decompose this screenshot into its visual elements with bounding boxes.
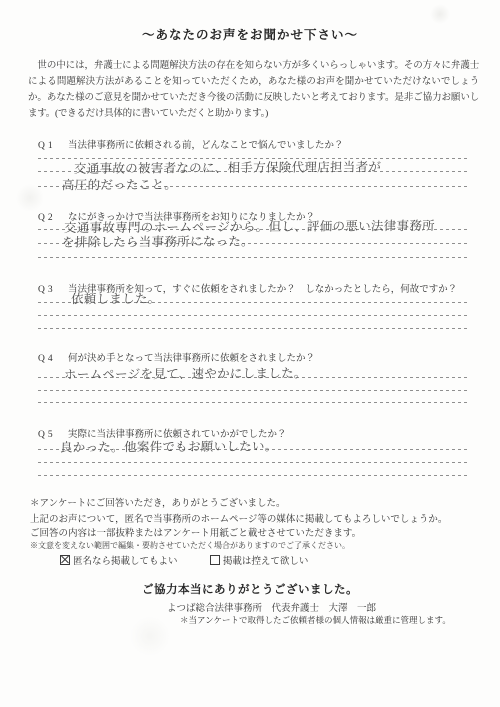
answer-dashed-line [38,390,468,391]
consent-option-deny: 掲載は控えて欲しい [210,553,309,567]
consent-option-allow: 匿名なら掲載してもよい [60,553,178,567]
consent-option-deny-label: 掲載は控えて欲しい [223,557,309,567]
answer-dashed-line [38,315,468,316]
answer-dashed-line [38,328,468,329]
consent-request: 上記のお声について，匿名で当事務所のホームページ等の媒体に掲載してもよろしいでし… [30,511,447,525]
question-1-text: 当法律事務所に依頼される前，どんなことで悩んでいましたか？ [68,141,344,151]
handwritten-answer-5-line-1: 良かった。他案件でもお願いしたい。 [60,436,278,455]
consent-thanks: ＊アンケートにご回答いただき，ありがとうございました。 [30,495,286,509]
handwritten-answer-3-line-1: 依頼しました。 [71,289,161,308]
questionnaire-scan: ～あなたのお声をお聞かせ下さい～ 世の中には，弁護士による問題解決方法の存在を知… [0,0,500,707]
consent-option-allow-label: 匿名なら掲載してもよい [73,557,178,567]
checkbox-allow [60,555,70,565]
form-title: ～あなたのお声をお聞かせ下さい～ [0,25,500,43]
office-signature: よつば総合法律事務所 代表弁護士 大澤 一郎 [167,600,376,614]
handwritten-answer-1-line-2: 高圧的だったこと。 [62,175,178,194]
privacy-note: ＊当アンケートで取得したご依頼者様の個人情報は厳重に管理します。 [180,614,451,626]
question-4: Q4何が決め手となって当法律事務所に依頼をされましたか？ [38,350,315,364]
question-3-label: Q3 [38,285,68,295]
consent-detail: ご回答の内容は一部抜粋またはアンケート用紙ごと載せさせていただきます。 [30,525,361,539]
handwritten-answer-4-line-1: ホームページを見て、速やかにしました。 [64,363,307,382]
handwritten-answer-2-line-2: を排除したら当事務所になった。 [62,231,255,250]
question-4-label: Q4 [38,354,68,364]
question-1: Q1当法律事務所に依頼される前，どんなことで悩んでいましたか？ [38,137,344,151]
checkbox-deny [210,555,220,565]
answer-dashed-line [38,257,468,258]
handwritten-answer-1-line-1: 交通事故の被害者なのに、相手方保険代理店担当者が [74,157,382,177]
question-1-label: Q1 [38,141,68,151]
intro-paragraph: 世の中には，弁護士による問題解決方法の存在を知らない方が多くいらっしゃいます。そ… [28,58,479,122]
consent-edit-note: ※文意を変えない範囲で編集・要約させていただく場合がありますのでご了承ください。 [30,540,350,551]
answer-dashed-line [38,475,468,476]
consent-options: 匿名なら掲載してもよい 掲載は控えて欲しい [60,553,308,567]
answer-dashed-line [38,402,468,403]
answer-dashed-line [38,462,468,463]
closing-thanks: ご協力本当にありがとうございました。 [0,581,500,597]
